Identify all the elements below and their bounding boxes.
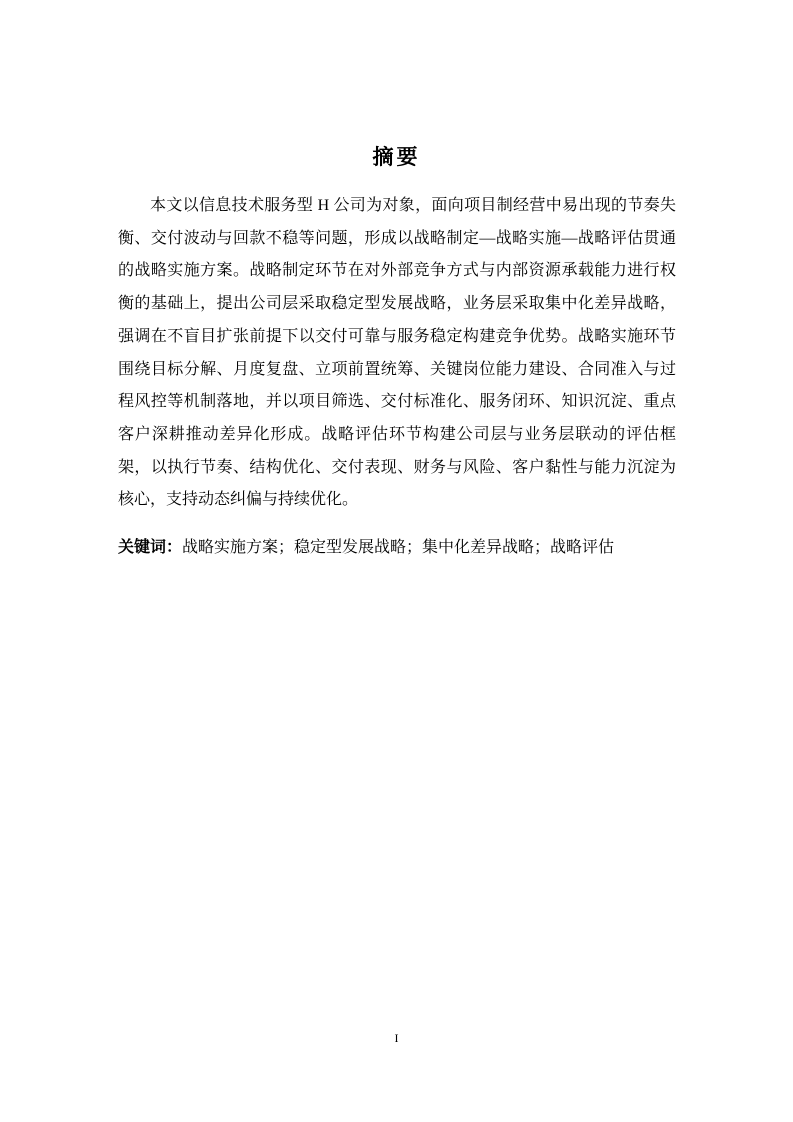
keywords-text: 战略实施方案；稳定型发展战略；集中化差异战略；战略评估	[182, 539, 614, 556]
abstract-page: 摘要 本文以信息技术服务型 H 公司为对象，面向项目制经营中易出现的节奏失衡、交…	[0, 0, 793, 1122]
page-number: I	[0, 1031, 793, 1045]
keywords-line: 关键词：战略实施方案；稳定型发展战略；集中化差异战略；战略评估	[118, 536, 738, 560]
keywords-label: 关键词：	[118, 539, 182, 556]
abstract-paragraph: 本文以信息技术服务型 H 公司为对象，面向项目制经营中易出现的节奏失衡、交付波动…	[118, 190, 676, 517]
page-title: 摘要	[0, 145, 793, 169]
